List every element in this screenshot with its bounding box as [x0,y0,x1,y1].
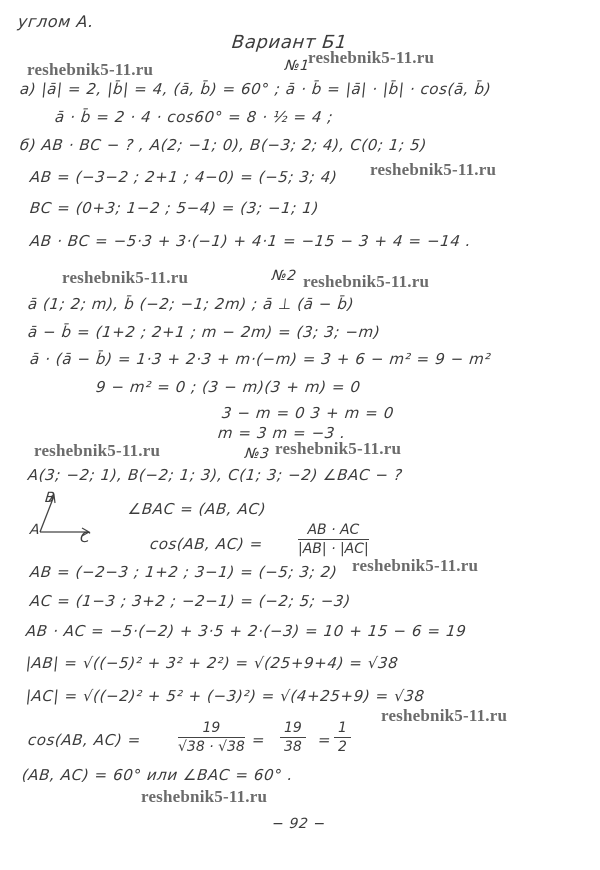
p3-fraction-2: 19 38 [280,720,306,755]
p3-line7: |AB| = √((−5)² + 3² + 2²) = √(25+9+4) = … [25,654,399,672]
left-note: углом A. [17,12,95,31]
watermark: reshebnik5-11.ru [303,272,429,292]
p3-line8: |AC| = √((−2)² + 5² + (−3)²) = √(4+25+9)… [25,687,426,705]
equals-sign: = [251,731,266,749]
fraction-denominator: |AB| · |AC| [298,540,369,557]
watermark: reshebnik5-11.ru [308,48,434,68]
p1-b-line4: AB · BC = −5·3 + 3·(−1) + 4·1 = −15 − 3 … [29,232,472,250]
watermark: reshebnik5-11.ru [27,60,153,80]
problem-2-mark: №2 [271,268,297,284]
p2-line6: m = 3 m = −3 . [217,424,347,442]
p1-a-line1: а) |ā| = 2, |b̄| = 4, (ā, b̄) = 60° ; ā … [19,80,492,98]
p3-line3-left: cos(AB, AC) = [149,535,264,553]
fraction-denominator: 2 [334,738,351,755]
p3-line9-left: cos(AB, AC) = [27,731,142,749]
diagram-label-c: C [79,530,91,546]
p3-fraction-1: 19 √38 · √38 [178,720,245,755]
p3-line6: AB · AC = −5·(−2) + 3·5 + 2·(−3) = 10 + … [25,622,467,640]
p3-fraction-3: 1 2 [334,720,351,755]
p2-line3: ā · (ā − b̄) = 1·3 + 2·3 + m·(−m) = 3 + … [29,350,492,368]
p1-b-line2: AB = (−3−2 ; 2+1 ; 4−0) = (−5; 3; 4) [29,168,338,186]
watermark: reshebnik5-11.ru [141,787,267,807]
watermark: reshebnik5-11.ru [370,160,496,180]
p2-line4: 9 − m² = 0 ; (3 − m)(3 + m) = 0 [95,378,362,396]
watermark: reshebnik5-11.ru [352,556,478,576]
p3-line4: AB = (−2−3 ; 1+2 ; 3−1) = (−5; 3; 2) [29,563,338,581]
watermark: reshebnik5-11.ru [381,706,507,726]
p2-line1: ā (1; 2; m), b̄ (−2; −1; 2m) ; ā ⊥ (ā − … [27,295,355,313]
p1-b-line3: BC = (0+3; 1−2 ; 5−4) = (3; −1; 1) [29,199,320,217]
page-number: − 92 − [271,816,326,832]
p3-line2: ∠BAC = (AB, AC) [127,500,267,518]
watermark: reshebnik5-11.ru [62,268,188,288]
fraction-numerator: 19 [280,720,306,738]
p1-a-line2: ā · b̄ = 2 · 4 · cos60° = 8 · ½ = 4 ; [54,108,334,126]
p2-line2: ā − b̄ = (1+2 ; 2+1 ; m − 2m) = (3; 3; −… [27,323,381,341]
p1-b-line1: б) AB · BC − ? , A(2; −1; 0), B(−3; 2; 4… [19,136,428,154]
fraction-numerator: 19 [178,720,245,738]
p3-line1: A(3; −2; 1), B(−2; 1; 3), C(1; 3; −2) ∠B… [27,466,404,484]
watermark: reshebnik5-11.ru [34,441,160,461]
diagram-label-a: A [29,522,41,538]
equals-sign: = [317,731,332,749]
diagram-label-b: B [44,490,56,506]
p3-line5: AC = (1−3 ; 3+2 ; −2−1) = (−2; 5; −3) [29,592,352,610]
problem-3-mark: №3 [244,446,270,462]
problem-1-mark: №1 [284,58,310,74]
fraction-denominator: √38 · √38 [178,738,245,755]
watermark: reshebnik5-11.ru [275,439,401,459]
fraction-numerator: 1 [334,720,351,738]
fraction-denominator: 38 [280,738,306,755]
p2-line5: 3 − m = 0 3 + m = 0 [221,404,395,422]
fraction-numerator: AB · AC [298,522,369,540]
p3-line10: (AB, AC) = 60° или ∠BAC = 60° . [21,766,294,784]
p3-fraction-cos: AB · AC |AB| · |AC| [298,522,369,557]
